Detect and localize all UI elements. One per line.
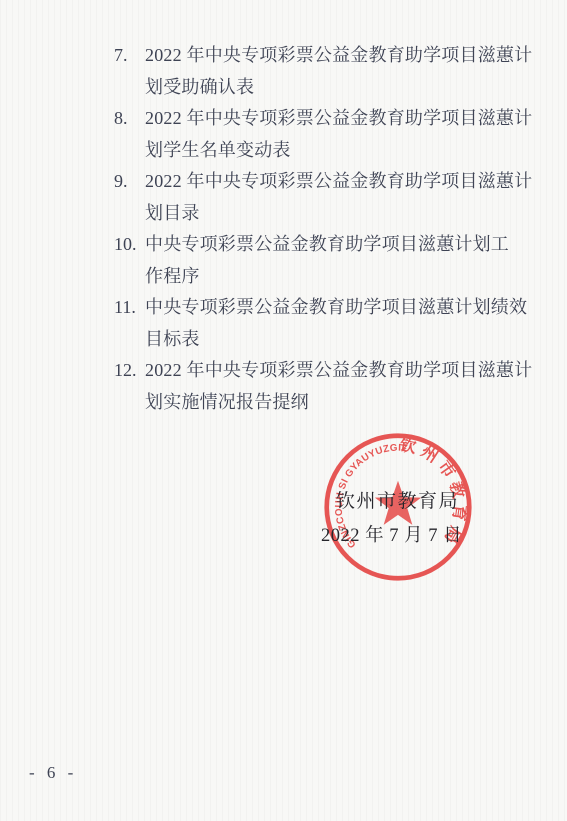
item-number: 7.: [114, 40, 145, 103]
item-text-line: 划实施情况报告提纲: [145, 387, 544, 419]
item-text-line: 目标表: [145, 324, 544, 356]
signature-date: 2022 年 7 月 7 日: [321, 521, 462, 547]
list-item: 8. 2022 年中央专项彩票公益金教育助学项目滋蕙计 划学生名单变动表: [114, 103, 544, 166]
item-text-line: 2022 年中央专项彩票公益金教育助学项目滋蕙计: [145, 166, 544, 198]
item-number: 9.: [114, 166, 145, 229]
list-item: 7. 2022 年中央专项彩票公益金教育助学项目滋蕙计 划受助确认表: [114, 40, 544, 103]
item-text: 2022 年中央专项彩票公益金教育助学项目滋蕙计 划目录: [145, 166, 544, 229]
item-number: 11.: [114, 292, 145, 355]
attachment-list: 7. 2022 年中央专项彩票公益金教育助学项目滋蕙计 划受助确认表 8. 20…: [114, 40, 544, 418]
item-number: 8.: [114, 103, 145, 166]
list-item: 9. 2022 年中央专项彩票公益金教育助学项目滋蕙计 划目录: [114, 166, 544, 229]
list-item: 10. 中央专项彩票公益金教育助学项目滋蕙计划工 作程序: [114, 229, 544, 292]
item-text: 2022 年中央专项彩票公益金教育助学项目滋蕙计 划实施情况报告提纲: [145, 355, 544, 418]
item-number: 10.: [114, 229, 145, 292]
page-number: - 6 -: [29, 763, 77, 783]
item-text-line: 2022 年中央专项彩票公益金教育助学项目滋蕙计: [145, 103, 544, 135]
item-text-line: 划学生名单变动表: [145, 135, 544, 167]
list-item: 12. 2022 年中央专项彩票公益金教育助学项目滋蕙计 划实施情况报告提纲: [114, 355, 544, 418]
list-item: 11. 中央专项彩票公益金教育助学项目滋蕙计划绩效 目标表: [114, 292, 544, 355]
item-text-line: 2022 年中央专项彩票公益金教育助学项目滋蕙计: [145, 40, 544, 72]
item-text-line: 2022 年中央专项彩票公益金教育助学项目滋蕙计: [145, 355, 544, 387]
item-text: 中央专项彩票公益金教育助学项目滋蕙计划绩效 目标表: [145, 292, 544, 355]
item-text: 2022 年中央专项彩票公益金教育助学项目滋蕙计 划受助确认表: [145, 40, 544, 103]
issuer-signature: 钦州市教育局: [336, 486, 459, 513]
item-text-line: 中央专项彩票公益金教育助学项目滋蕙计划绩效: [145, 292, 544, 324]
item-text: 中央专项彩票公益金教育助学项目滋蕙计划工 作程序: [145, 229, 544, 292]
item-text-line: 中央专项彩票公益金教育助学项目滋蕙计划工: [145, 229, 544, 261]
document-page: 7. 2022 年中央专项彩票公益金教育助学项目滋蕙计 划受助确认表 8. 20…: [0, 0, 567, 821]
item-number: 12.: [114, 355, 145, 418]
item-text: 2022 年中央专项彩票公益金教育助学项目滋蕙计 划学生名单变动表: [145, 103, 544, 166]
item-text-line: 作程序: [145, 261, 544, 293]
item-text-line: 划受助确认表: [145, 72, 544, 104]
item-text-line: 划目录: [145, 198, 544, 230]
